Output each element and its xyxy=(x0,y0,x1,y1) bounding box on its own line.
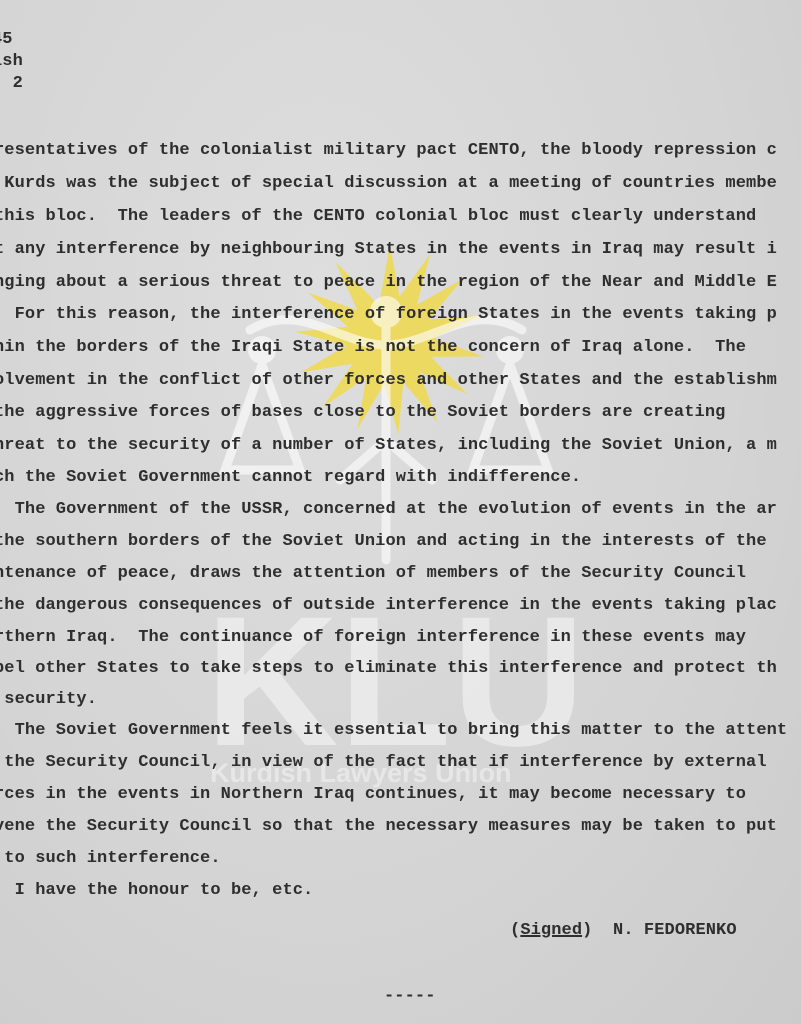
body-line: security. xyxy=(0,690,97,710)
body-line: olvement in the conflict of other forces… xyxy=(0,371,777,391)
body-line: I have the honour to be, etc. xyxy=(0,881,313,901)
body-line: The Government of the USSR, concerned at… xyxy=(0,500,777,520)
body-line: ntenance of peace, draws the attention o… xyxy=(0,564,746,584)
header-line-3: : 2 xyxy=(0,74,23,94)
body-line: pel other States to take steps to elimin… xyxy=(0,659,777,679)
body-line: t any interference by neighbouring State… xyxy=(0,240,777,260)
signature-line: (Signed) N. FEDORENKO xyxy=(510,921,737,941)
body-line: the southern borders of the Soviet Union… xyxy=(0,532,767,552)
body-line: hin the borders of the Iraqi State is no… xyxy=(0,338,746,358)
body-line: this bloc. The leaders of the CENTO colo… xyxy=(0,207,756,227)
body-line: ch the Soviet Government cannot regard w… xyxy=(0,468,581,488)
header-line-1: 45 xyxy=(0,30,13,50)
body-line: rthern Iraq. The continuance of foreign … xyxy=(0,628,746,648)
end-separator: ----- xyxy=(384,987,436,1007)
body-line: the aggressive forces of bases close to … xyxy=(0,403,725,423)
body-line: Kurds was the subject of special discuss… xyxy=(0,174,777,194)
signatory-name: N. FEDORENKO xyxy=(613,921,737,940)
body-line: to such interference. xyxy=(0,849,221,869)
signed-label: Signed xyxy=(520,921,582,940)
body-line: vene the Security Council so that the ne… xyxy=(0,817,777,837)
body-line: nging about a serious threat to peace in… xyxy=(0,273,777,293)
document-page: KLU Kurdish Lawyers Union 45 ish : 2 res… xyxy=(0,0,801,1024)
body-line: resentatives of the colonialist military… xyxy=(0,141,777,161)
body-line: hreat to the security of a number of Sta… xyxy=(0,436,777,456)
body-line: the Security Council, in view of the fac… xyxy=(0,753,767,773)
body-line: The Soviet Government feels it essential… xyxy=(0,721,787,741)
document-text: 45 ish : 2 resentatives of the coloniali… xyxy=(0,0,801,1024)
body-line: rces in the events in Northern Iraq cont… xyxy=(0,785,746,805)
body-line: For this reason, the interference of for… xyxy=(0,305,777,325)
body-line: the dangerous consequences of outside in… xyxy=(0,596,777,616)
header-line-2: ish xyxy=(0,52,23,72)
